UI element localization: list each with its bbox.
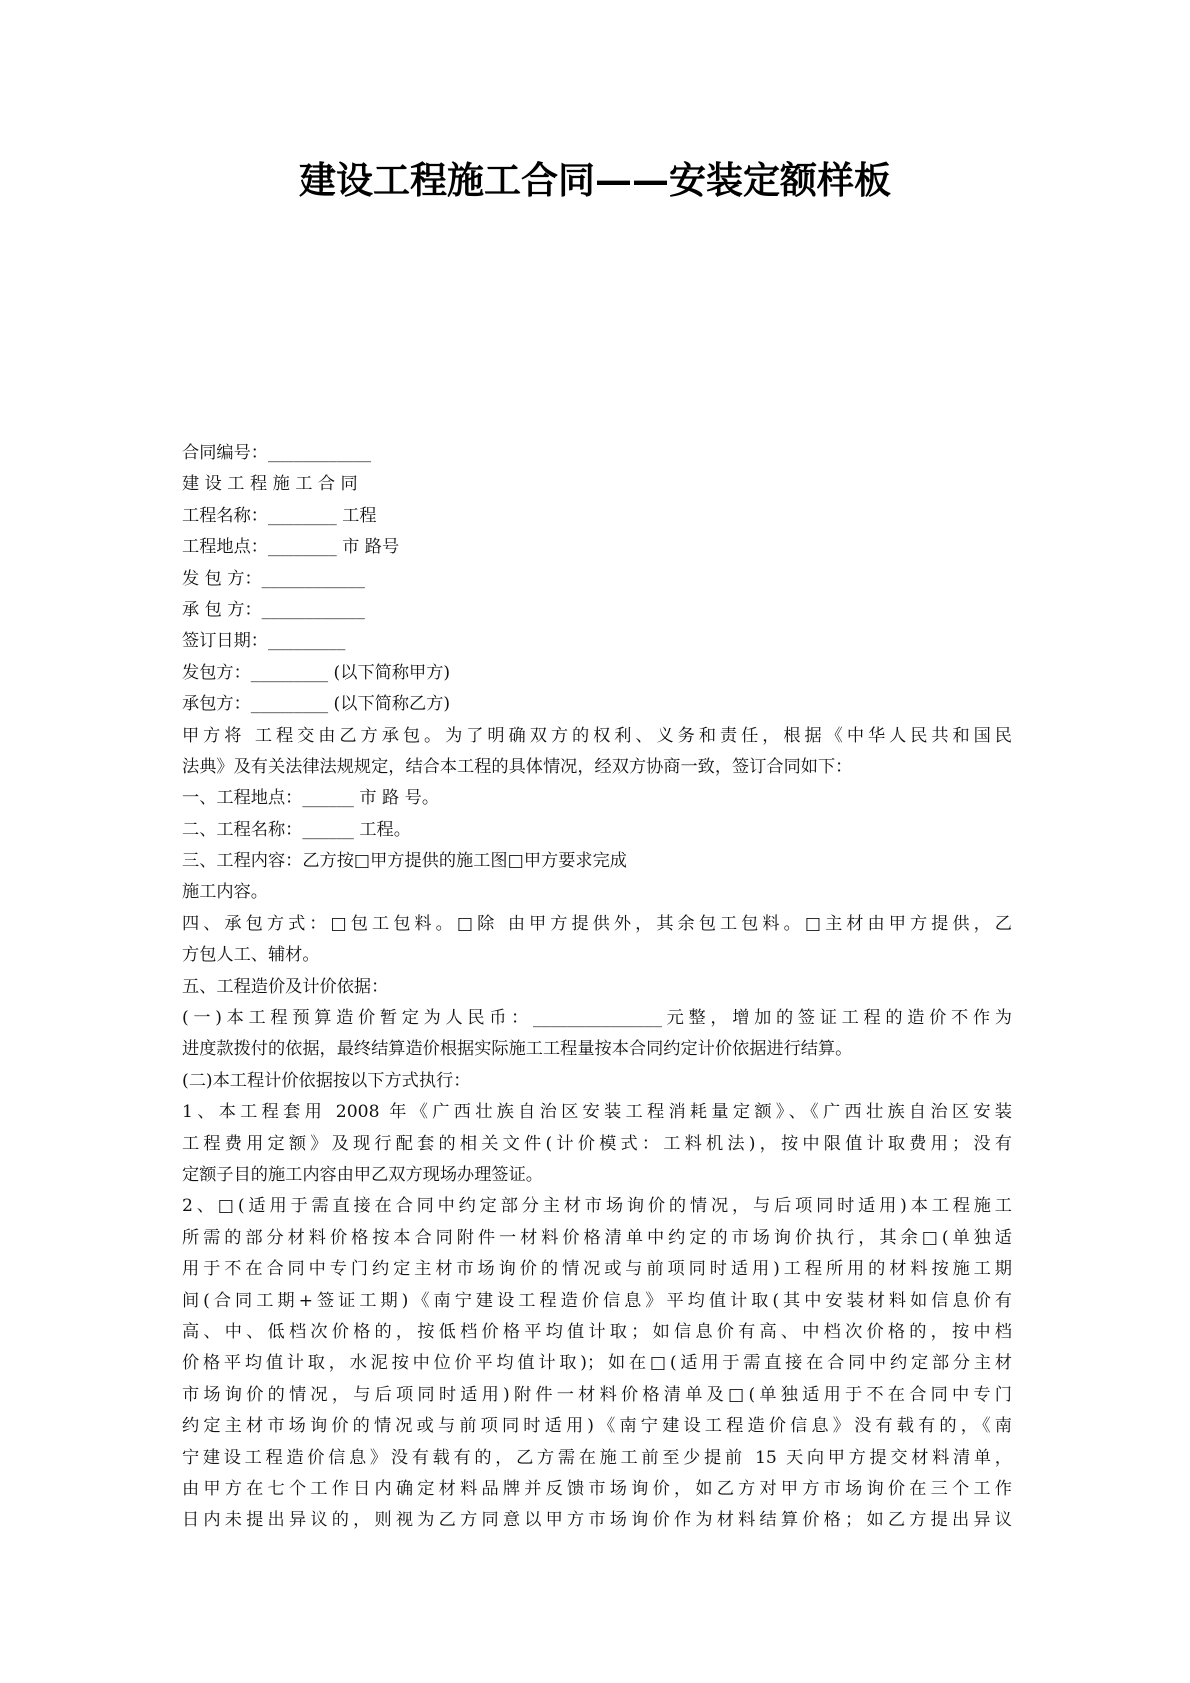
- document-line: 甲方将 工程交由乙方承包。为了明确双方的权利、义务和责任，根据《中华人民共和国民: [182, 721, 1012, 752]
- document-line: 建 设 工 程 施 工 合 同: [182, 469, 1012, 500]
- document-line: 用于不在合同中专门约定主材市场询价的情况或与前项同时适用)工程所用的材料按施工期: [182, 1254, 1012, 1285]
- document-line: (一)本工程预算造价暂定为人民币：_______________元整，增加的签证…: [182, 1003, 1012, 1034]
- document-title: 建设工程施工合同——安装定额样板: [0, 152, 1190, 208]
- document-line: 发 包 方：____________: [182, 564, 1012, 595]
- document-line: 签订日期：_________: [182, 626, 1012, 657]
- document-line: 日内未提出异议的，则视为乙方同意以甲方市场询价作为材料结算价格；如乙方提出异议: [182, 1505, 1012, 1536]
- document-page: 建设工程施工合同——安装定额样板 合同编号：____________建 设 工 …: [0, 0, 1190, 1683]
- document-line: 进度款拨付的依据，最终结算造价根据实际施工工程量按本合同约定计价依据进行结算。: [182, 1034, 1012, 1065]
- document-line: 承包方：_________ (以下简称乙方): [182, 689, 1012, 720]
- document-line: 由甲方在七个工作日内确定材料品牌并反馈市场询价，如乙方对甲方市场询价在三个工作: [182, 1474, 1012, 1505]
- document-line: 价格平均值计取，水泥按中位价平均值计取)；如在□(适用于需直接在合同中约定部分主…: [182, 1348, 1012, 1379]
- document-line: 工程费用定额》及现行配套的相关文件(计价模式：工料机法)，按中限值计取费用；没有: [182, 1129, 1012, 1160]
- document-body: 合同编号：____________建 设 工 程 施 工 合 同工程名称：___…: [182, 438, 1012, 1537]
- document-line: 三、工程内容：乙方按□甲方提供的施工图□甲方要求完成: [182, 846, 1012, 877]
- document-line: 宁建设工程造价信息》没有载有的，乙方需在施工前至少提前 15 天向甲方提交材料清…: [182, 1443, 1012, 1474]
- document-line: 二、工程名称：______ 工程。: [182, 815, 1012, 846]
- document-line: 四、承包方式：□包工包料。□除 由甲方提供外，其余包工包料。□主材由甲方提供，乙: [182, 909, 1012, 940]
- document-line: 所需的部分材料价格按本合同附件一材料价格清单中约定的市场询价执行，其余□(单独适: [182, 1223, 1012, 1254]
- document-line: 承 包 方：____________: [182, 595, 1012, 626]
- document-line: 间(合同工期+签证工期)《南宁建设工程造价信息》平均值计取(其中安装材料如信息价…: [182, 1286, 1012, 1317]
- document-line: 五、工程造价及计价依据：: [182, 972, 1012, 1003]
- document-line: 工程地点：________ 市 路号: [182, 532, 1012, 563]
- document-line: 工程名称：________ 工程: [182, 501, 1012, 532]
- document-line: 合同编号：____________: [182, 438, 1012, 469]
- document-line: 1、本工程套用 2008 年《广西壮族自治区安装工程消耗量定额》、《广西壮族自治…: [182, 1097, 1012, 1128]
- document-line: 发包方：_________ (以下简称甲方): [182, 658, 1012, 689]
- document-line: 高、中、低档次价格的，按低档价格平均值计取；如信息价有高、中档次价格的，按中档: [182, 1317, 1012, 1348]
- document-line: 市场询价的情况，与后项同时适用)附件一材料价格清单及□(单独适用于不在合同中专门: [182, 1380, 1012, 1411]
- document-line: 一、工程地点：______ 市 路 号。: [182, 783, 1012, 814]
- document-line: 定额子目的施工内容由甲乙双方现场办理签证。: [182, 1160, 1012, 1191]
- document-line: (二)本工程计价依据按以下方式执行：: [182, 1066, 1012, 1097]
- document-line: 2、□(适用于需直接在合同中约定部分主材市场询价的情况，与后项同时适用)本工程施…: [182, 1191, 1012, 1222]
- document-line: 法典》及有关法律法规规定，结合本工程的具体情况，经双方协商一致，签订合同如下：: [182, 752, 1012, 783]
- document-line: 方包人工、辅材。: [182, 940, 1012, 971]
- document-line: 约定主材市场询价的情况或与前项同时适用)《南宁建设工程造价信息》没有载有的，《南: [182, 1411, 1012, 1442]
- document-line: 施工内容。: [182, 877, 1012, 908]
